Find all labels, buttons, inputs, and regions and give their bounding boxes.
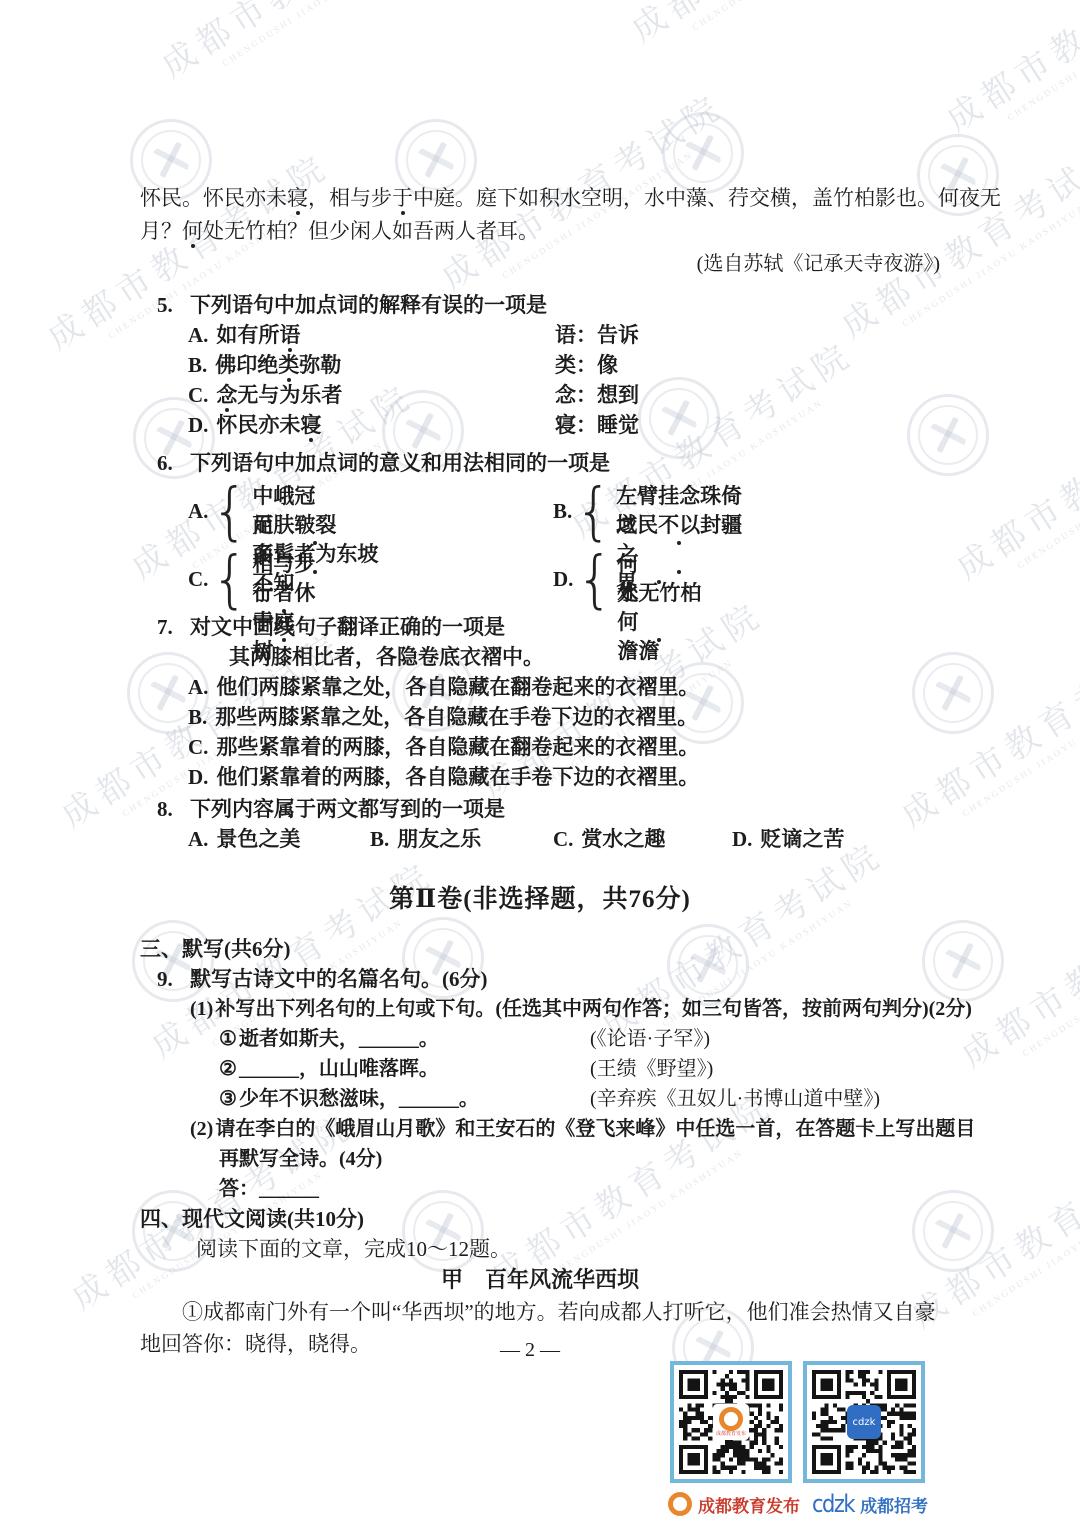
q9-item-2-text: ______，山山唯落晖。 xyxy=(239,1058,439,1080)
reading-subtitle: 甲 百年风流华西坝 xyxy=(140,1264,940,1296)
q5-option-b-gloss: 类：像 xyxy=(555,350,618,380)
q5-option-a: A.如有所语 语：告诉 xyxy=(140,320,940,350)
cdzk-logo: cdzk xyxy=(847,1405,881,1439)
cdzk-wordmark: cdzk xyxy=(812,1490,854,1518)
q7-stem: 7. 对文中画线句子翻译正确的一项是 xyxy=(140,612,940,642)
question-9: 9. 默写古诗文中的名篇名句。(6分) (1)补写出下列名句的上句或下句。(任选… xyxy=(140,964,940,1204)
q7-option-d: D.他们紧靠着的两膝，各自隐藏在手卷下边的衣褶里。 xyxy=(140,762,940,792)
q9-stem: 9. 默写古诗文中的名篇名句。(6分) xyxy=(140,964,940,994)
q9-number: 9. xyxy=(157,964,173,994)
q9-part2-text1: 请在李白的《峨眉山月歌》和王安石的《登飞来峰》中任选一首，在答题卡上写出题目 xyxy=(215,1118,975,1140)
q5-option-a-gloss: 语：告诉 xyxy=(555,320,639,350)
q7-option-a-label: A. xyxy=(188,675,208,699)
watermark-text: 成都市教育考试院CHENGDUSHI JIAOYU KAOSHIYUAN xyxy=(945,369,1080,598)
q8-option-b-text: 朋友之乐 xyxy=(397,824,481,854)
q7-option-c-text: 那些紧靠着的两膝，各自隐藏在翻卷起来的衣褶里。 xyxy=(216,735,699,759)
q7-stem-text: 对文中画线句子翻译正确的一项是 xyxy=(190,612,505,642)
question-5: 5. 下列语句中加点词的解释有误的一项是 A.如有所语 语：告诉 B.佛印绝类弥… xyxy=(140,290,940,440)
watermark-text: 成都市教育考试院CHENGDUSHI JIAOYU KAOSHIYUAN xyxy=(620,0,928,60)
q6-stem-text: 下列语句中加点词的意义和用法相同的一项是 xyxy=(190,448,610,478)
qr-caption-right-text: 成都招考 xyxy=(860,1492,928,1517)
q5-option-c: C.念无与为乐者 念：想到 xyxy=(140,380,940,410)
q6-pair-a-line1: 中峨冠而多髯者为东坡 xyxy=(252,482,378,511)
q9-item-1: ①逝者如斯夫，______。 (《论语·子罕》) xyxy=(140,1024,940,1054)
q6-pair-a: A. { 中峨冠而多髯者为东坡足肤皲裂而不知 xyxy=(188,482,378,540)
q9-item-3-text: 少年不识愁滋味，______。 xyxy=(239,1088,479,1110)
section4-intro: 阅读下面的文章，完成10～12题。 xyxy=(140,1234,940,1264)
q9-part2-line1: (2)请在李白的《峨眉山月歌》和王安石的《登飞来峰》中任选一首，在答题卡上写出题… xyxy=(140,1114,940,1144)
qr-pattern: cdzk xyxy=(812,1370,916,1474)
question-7: 7. 对文中画线句子翻译正确的一项是 其两膝相比者，各隐卷底衣褶中。 A.他们两… xyxy=(140,612,940,792)
q9-stem-text: 默写古诗文中的名篇名句。(6分) xyxy=(190,964,488,994)
orange-ring-icon xyxy=(668,1492,692,1516)
q5-number: 5. xyxy=(157,290,173,320)
q9-item-1-source: (《论语·子罕》) xyxy=(590,1024,710,1054)
q6-number: 6. xyxy=(157,448,173,478)
q9-item-3: ③少年不识愁滋味，______。 (辛弃疾《丑奴儿·书博山道中壁》) xyxy=(140,1084,940,1114)
q6-stem: 6. 下列语句中加点词的意义和用法相同的一项是 xyxy=(140,448,940,478)
q7-option-d-text: 他们紧靠着的两膝，各自隐藏在手卷下边的衣褶里。 xyxy=(216,765,699,789)
q6-pair-a-label: A. xyxy=(188,499,208,524)
q5-option-d: D.怀民亦未寝 寝：睡觉 xyxy=(140,410,940,440)
q5-stem-text: 下列语句中加点词的解释有误的一项是 xyxy=(190,290,547,320)
q7-option-c: C.那些紧靠着的两膝，各自隐藏在翻卷起来的衣褶里。 xyxy=(140,732,940,762)
qr-caption-right: cdzk 成都招考 xyxy=(812,1492,928,1516)
qr-code-education-release: 成都教育发布 xyxy=(670,1361,792,1483)
qr-caption-left-text: 成都教育发布 xyxy=(698,1492,800,1517)
q5-stem: 5. 下列语句中加点词的解释有误的一项是 xyxy=(140,290,940,320)
q8-number: 8. xyxy=(157,794,173,824)
q9-item-2: ②______，山山唯落晖。 (王绩《野望》) xyxy=(140,1054,940,1084)
brace-icon: { xyxy=(211,548,248,611)
passage-source: (选自苏轼《记承天寺夜游》) xyxy=(140,248,940,280)
q7-option-a-text: 他们两膝紧靠之处，各自隐藏在翻卷起来的衣褶里。 xyxy=(216,675,699,699)
q7-option-c-label: C. xyxy=(188,735,208,759)
page-number: — 2 — xyxy=(0,1339,1060,1362)
passage-line-2: 月？何处无竹柏？但少闲人如吾两人者耳。 xyxy=(140,215,940,248)
q6-pair-d: D. { 何处无竹柏水何澹澹 xyxy=(553,550,701,608)
q5-option-a-label: A. xyxy=(188,323,208,347)
brace-icon: { xyxy=(575,480,612,543)
q7-option-b-label: B. xyxy=(188,705,207,729)
q5-option-d-text: 怀民亦未寝 xyxy=(216,413,321,437)
q9-item-2-source: (王绩《野望》) xyxy=(590,1054,713,1084)
q7-option-d-label: D. xyxy=(188,765,208,789)
q8-options-row: A.景色之美 B.朋友之乐 C.赏水之趣 D.贬谪之苦 xyxy=(140,824,940,854)
q5-option-d-gloss: 寝：睡觉 xyxy=(555,410,639,440)
q6-pair-d-line1: 何处无竹柏 xyxy=(617,550,701,579)
q7-option-b-text: 那些两膝紧靠之处，各自隐藏在手卷下边的衣褶里。 xyxy=(215,705,698,729)
qr-pattern: 成都教育发布 xyxy=(679,1370,783,1474)
watermark-text: 成都市教育考试院CHENGDUSHI JIAOYU KAOSHIYUAN xyxy=(950,857,1080,1086)
watermark-text: 成都市教育考试院CHENGDUSHI JIAOYU KAOSHIYUAN xyxy=(150,0,458,96)
question-8: 8. 下列内容属于两文都写到的一项是 A.景色之美 B.朋友之乐 C.赏水之趣 … xyxy=(140,794,940,854)
section3-title: 三、默写(共6分) xyxy=(140,934,940,964)
qr-code-zhaokao: cdzk xyxy=(803,1361,925,1483)
brace-icon: { xyxy=(576,548,613,611)
q5-option-a-text: 如有所语 xyxy=(216,323,300,347)
q9-part1: (1)补写出下列名句的上句或下句。(任选其中两句作答；如三句皆答，按前两句判分)… xyxy=(140,994,940,1024)
q9-part1-label: (1) xyxy=(190,998,213,1020)
q9-part2-label: (2) xyxy=(190,1118,213,1140)
q8-option-a-label: A. xyxy=(188,827,208,851)
q8-stem: 8. 下列内容属于两文都写到的一项是 xyxy=(140,794,940,824)
q5-option-c-label: C. xyxy=(188,383,208,407)
q7-option-a: A.他们两膝紧靠之处，各自隐藏在翻卷起来的衣褶里。 xyxy=(140,672,940,702)
q6-pair-c-label: C. xyxy=(188,567,208,592)
q6-row-cd: C. { 相与步于中庭行者休于树 D. { 何处无竹柏水何澹澹 xyxy=(140,550,940,612)
orange-ring-icon xyxy=(719,1407,743,1431)
q9-part1-text: 补写出下列名句的上句或下句。(任选其中两句作答；如三句皆答，按前两句判分)(2分… xyxy=(215,998,972,1020)
q9-answer-line: 答：______ xyxy=(140,1174,940,1204)
q8-option-c-label: C. xyxy=(553,827,573,851)
q7-option-b: B.那些两膝紧靠之处，各自隐藏在手卷下边的衣褶里。 xyxy=(140,702,940,732)
watermark-text: 成都市教育考试院CHENGDUSHI JIAOYU KAOSHIYUAN xyxy=(935,0,1080,150)
q7-quoted-sentence: 其两膝相比者，各隐卷底衣褶中。 xyxy=(229,642,544,672)
q9-item-3-label: ③ xyxy=(219,1088,237,1110)
q8-option-d-text: 贬谪之苦 xyxy=(760,824,844,854)
question-6: 6. 下列语句中加点词的意义和用法相同的一项是 A. { 中峨冠而多髯者为东坡足… xyxy=(140,448,940,612)
q5-option-c-gloss: 念：想到 xyxy=(555,380,639,410)
q6-pair-c: C. { 相与步于中庭行者休于树 xyxy=(188,550,315,608)
q8-option-c-text: 赏水之趣 xyxy=(581,824,665,854)
passage-line-1: 怀民。怀民亦未寝，相与步于中庭。庭下如积水空明，水中藻、荇交横，盖竹柏影也。何夜… xyxy=(140,182,940,215)
education-release-logo: 成都教育发布 xyxy=(713,1404,749,1440)
q7-quote-row: 其两膝相比者，各隐卷底衣褶中。 xyxy=(140,642,940,672)
q9-answer-blank: 答：______ xyxy=(219,1174,319,1204)
q8-option-d-label: D. xyxy=(732,827,752,851)
qr-caption-left: 成都教育发布 xyxy=(668,1492,800,1516)
section2-title: 第Ⅱ卷(非选择题，共76分) xyxy=(140,880,940,920)
q5-option-c-text: 念无与为乐者 xyxy=(216,383,342,407)
q9-item-1-label: ① xyxy=(219,1028,237,1050)
q8-option-a-text: 景色之美 xyxy=(216,824,300,854)
q9-item-1-text: 逝者如斯夫，______。 xyxy=(239,1028,439,1050)
q6-pair-c-line1: 相与步于中庭 xyxy=(252,550,315,579)
q6-row-ab: A. { 中峨冠而多髯者为东坡足肤皲裂而不知 B. { 左臂挂念珠倚之域民不以封… xyxy=(140,482,940,544)
q9-item-3-source: (辛弃疾《丑奴儿·书博山道中壁》) xyxy=(590,1084,880,1114)
q7-number: 7. xyxy=(157,612,173,642)
q5-option-d-label: D. xyxy=(188,413,208,437)
logo-tiny-text: 成都教育发布 xyxy=(716,1431,746,1437)
q8-option-b-label: B. xyxy=(370,827,389,851)
q6-pair-b-label: B. xyxy=(553,499,572,524)
q9-part2-line2: 再默写全诗。(4分) xyxy=(140,1144,940,1174)
q5-option-b-text: 佛印绝类弥勒 xyxy=(215,353,341,377)
section4-intro-text: 阅读下面的文章，完成10～12题。 xyxy=(196,1234,511,1264)
exam-paper-page: 成都市教育考试院CHENGDUSHI JIAOYU KAOSHIYUAN成都市教… xyxy=(0,0,1080,1528)
brace-icon: { xyxy=(211,480,248,543)
q5-option-b: B.佛印绝类弥勒 类：像 xyxy=(140,350,940,380)
q8-stem-text: 下列内容属于两文都写到的一项是 xyxy=(190,794,505,824)
page-content: 怀民。怀民亦未寝，相与步于中庭。庭下如积水空明，水中藻、荇交横，盖竹柏影也。何夜… xyxy=(140,182,940,1360)
section4-title: 四、现代文阅读(共10分) xyxy=(140,1204,940,1234)
q6-pair-b-line1: 左臂挂念珠倚之 xyxy=(616,482,742,511)
q9-part2-text2: 再默写全诗。(4分) xyxy=(219,1144,382,1174)
q5-option-b-label: B. xyxy=(188,353,207,377)
q9-item-2-label: ② xyxy=(219,1058,237,1080)
q6-pair-d-label: D. xyxy=(553,567,573,592)
q6-pair-b: B. { 左臂挂念珠倚之域民不以封疆之界 xyxy=(553,482,742,540)
